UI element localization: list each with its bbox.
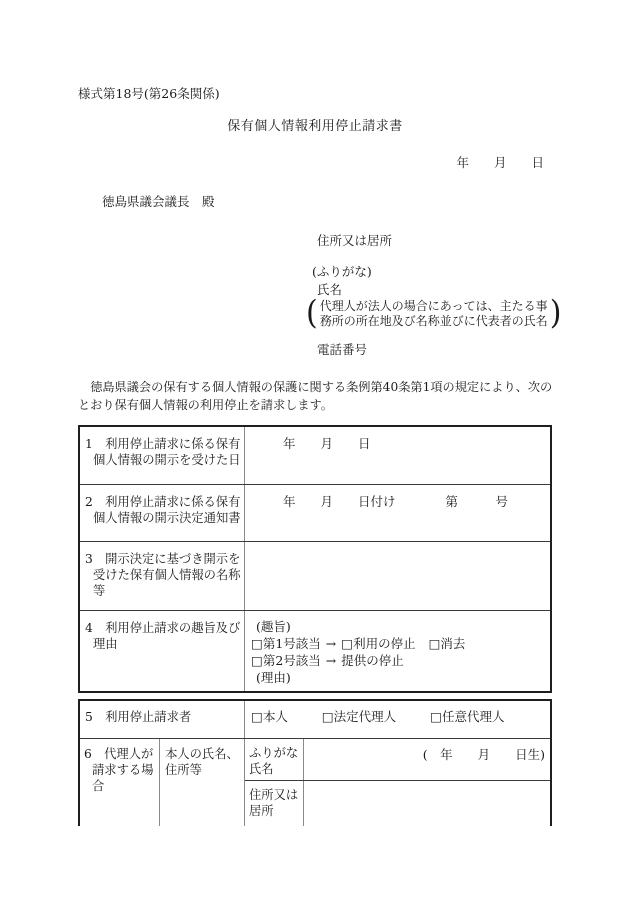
- furigana-name-label: ふりがな氏名: [245, 739, 304, 780]
- corporate-note-line2: 務所の所在地及び名称並びに代表者の氏名: [320, 314, 548, 328]
- row5-value-cell: □本人 □法定代理人 □任意代理人: [245, 701, 550, 738]
- corporate-agent-note: ( 代理人が法人の場合にあっては、主たる事 務所の所在地及び名称並びに代表者の氏…: [306, 299, 552, 329]
- clause2-line: □第2号該当→提供の停止: [251, 652, 546, 669]
- checkbox-stop-use[interactable]: □: [341, 636, 353, 651]
- table-row-6: 6 代理人が請求する場合 本人の氏名、住所等 ふりがな氏名 ( 年 月 日生) …: [80, 738, 550, 826]
- furigana-name-row: ふりがな氏名 ( 年 月 日生): [245, 739, 550, 781]
- row6-label: 6 代理人が請求する場合: [84, 746, 157, 794]
- option-voluntary-agent: □任意代理人: [430, 709, 504, 724]
- table-row-1: 1 利用停止請求に係る保有個人情報の開示を受けた日 年 月 日: [80, 427, 550, 484]
- request-table-2: 5 利用停止請求者 □本人 □法定代理人 □任意代理人 6 代理人が請求する場合…: [78, 699, 552, 826]
- declaration-text: 徳島県議会の保有する個人情報の保護に関する条例第40条第1項の規定により、次のと…: [78, 379, 558, 414]
- arrow-icon: →: [321, 653, 341, 668]
- table-row-3: 3 開示決定に基づき開示を受けた保有個人情報の名称等: [80, 541, 550, 610]
- row1-label-cell: 1 利用停止請求に係る保有個人情報の開示を受けた日: [80, 427, 245, 484]
- addressee: 徳島県議会議長 殿: [78, 194, 552, 210]
- option-legal-agent-label: 法定代理人: [334, 709, 397, 724]
- row2-label-cell: 2 利用停止請求に係る保有個人情報の開示決定通知書: [80, 485, 245, 541]
- checkbox-erase[interactable]: □: [429, 636, 441, 651]
- option-stop-provision-label: 提供の停止: [341, 653, 404, 668]
- table-row-2: 2 利用停止請求に係る保有個人情報の開示決定通知書 年 月 日付け 第 号: [80, 484, 550, 541]
- row4-value-cell: (趣旨) □第1号該当→□利用の停止□消去 □第2号該当→提供の停止 (理由): [245, 611, 550, 691]
- agent-address-row: 住所又は居所: [245, 781, 550, 826]
- row6-detail-cells: ふりがな氏名 ( 年 月 日生) 住所又は居所: [245, 739, 550, 826]
- row6-sublabel-cell: 本人の氏名、住所等: [160, 739, 245, 826]
- document-page: 様式第18号(第26条関係) 保有個人情報利用停止請求書 年 月 日 徳島県議会…: [0, 0, 630, 903]
- name-label: 氏名: [317, 283, 552, 297]
- address-label: 住所又は居所: [317, 234, 552, 248]
- clause1-label: 第1号該当: [263, 636, 321, 651]
- checkbox-clause2[interactable]: □: [251, 653, 263, 668]
- checkbox-clause1[interactable]: □: [251, 636, 263, 651]
- row2-label: 2 利用停止請求に係る保有個人情報の開示決定通知書: [85, 494, 242, 526]
- arrow-icon: →: [321, 636, 341, 651]
- document-title: 保有個人情報利用停止請求書: [78, 119, 552, 135]
- form-number: 様式第18号(第26条関係): [78, 87, 552, 101]
- close-paren: ): [550, 298, 562, 330]
- open-paren: (: [306, 298, 318, 330]
- table-row-4: 4 利用停止請求の趣旨及び理由 (趣旨) □第1号該当→□利用の停止□消去 □第…: [80, 610, 550, 691]
- purpose-label: (趣旨): [251, 618, 546, 635]
- checkbox-voluntary-agent[interactable]: □: [430, 709, 442, 724]
- clause2-label: 第2号該当: [263, 653, 321, 668]
- row5-label: 5 利用停止請求者: [85, 709, 242, 725]
- row6-label-cell: 6 代理人が請求する場合: [80, 739, 160, 826]
- reason-label: (理由): [251, 669, 546, 686]
- row2-value-cell: 年 月 日付け 第 号: [245, 485, 550, 541]
- checkbox-self[interactable]: □: [251, 709, 263, 724]
- row1-label: 1 利用停止請求に係る保有個人情報の開示を受けた日: [85, 436, 242, 468]
- corporate-note-line1: 代理人が法人の場合にあっては、主たる事: [320, 299, 548, 313]
- applicant-block: 住所又は居所 (ふりがな) 氏名 ( 代理人が法人の場合にあっては、主たる事 務…: [317, 234, 552, 357]
- request-table-1: 1 利用停止請求に係る保有個人情報の開示を受けた日 年 月 日 2 利用停止請求…: [78, 425, 552, 693]
- option-stop-use-label: 利用の停止: [353, 636, 416, 651]
- corporate-agent-note-text: 代理人が法人の場合にあっては、主たる事 務所の所在地及び名称並びに代表者の氏名: [318, 299, 550, 329]
- row3-label-cell: 3 開示決定に基づき開示を受けた保有個人情報の名称等: [80, 542, 245, 610]
- row5-label-cell: 5 利用停止請求者: [80, 701, 245, 738]
- date-line: 年 月 日: [78, 155, 552, 171]
- option-legal-agent: □法定代理人: [322, 709, 396, 724]
- option-self: □本人: [251, 709, 288, 724]
- row4-label: 4 利用停止請求の趣旨及び理由: [85, 620, 242, 652]
- agent-address-label: 住所又は居所: [245, 781, 304, 826]
- row3-label: 3 開示決定に基づき開示を受けた保有個人情報の名称等: [85, 551, 242, 599]
- row1-value-cell: 年 月 日: [245, 427, 550, 484]
- phone-label: 電話番号: [317, 343, 552, 357]
- option-erase-label: 消去: [440, 636, 465, 651]
- clause1-line: □第1号該当→□利用の停止□消去: [251, 635, 546, 652]
- agent-address-value-cell: [304, 781, 550, 826]
- option-voluntary-agent-label: 任意代理人: [442, 709, 505, 724]
- row3-value-cell: [245, 542, 550, 610]
- furigana-name-value-cell: ( 年 月 日生): [304, 739, 550, 780]
- row4-label-cell: 4 利用停止請求の趣旨及び理由: [80, 611, 245, 691]
- table-row-5: 5 利用停止請求者 □本人 □法定代理人 □任意代理人: [80, 701, 550, 738]
- furigana-label: (ふりがな): [312, 265, 552, 279]
- checkbox-legal-agent[interactable]: □: [322, 709, 334, 724]
- option-self-label: 本人: [263, 709, 288, 724]
